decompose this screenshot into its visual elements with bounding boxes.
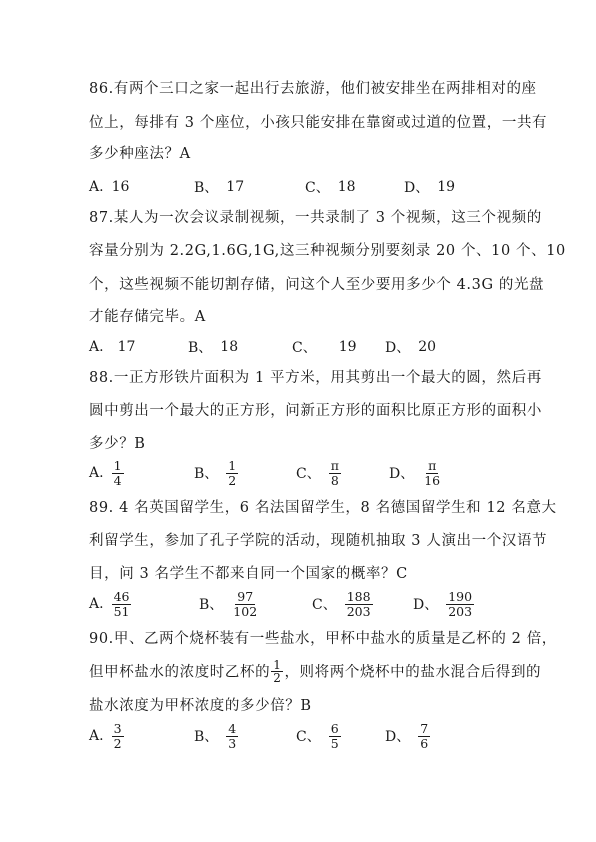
q87-option-a: A.17 <box>89 330 135 364</box>
q87-line-4: 才能存储完毕。A <box>89 308 206 326</box>
q87-option-b: B、18 <box>188 330 238 364</box>
q90-option-c: C、65 <box>296 719 341 753</box>
q86-option-d: D、19 <box>404 170 455 204</box>
q89-line-3: 目，问 3 名学生不都来自同一个国家的概率？C <box>89 565 408 583</box>
fraction: π16 <box>422 459 442 488</box>
document-page: 86.有两个三口之家一起出行去旅游，他们被安排坐在两排相对的座 位上，每排有 3… <box>0 0 596 842</box>
q89-option-b: B、97102 <box>199 587 259 621</box>
q88-option-a: A.14 <box>89 456 124 490</box>
q90-line-2: 但甲杯盐水的浓度时乙杯的12，则将两个烧杯中的盐水混合后得到的 <box>89 660 541 685</box>
q89-option-d: D、190203 <box>413 587 474 621</box>
fraction: 32 <box>112 722 124 751</box>
q87-option-d: D、20 <box>385 330 436 364</box>
q88-line-1: 88.一正方形铁片面积为 1 平方米，用其剪出一个最大的圆，然后再 <box>89 369 542 387</box>
q89-option-c: C、188203 <box>312 587 373 621</box>
q87-line-2: 容量分别为 2.2G,1.6G,1G,这三种视频分别要刻录 20 个、10 个、… <box>89 242 566 260</box>
q87-line-1: 87.某人为一次会议录制视频，一共录制了 3 个视频，这三个视频的 <box>89 209 542 227</box>
inline-fraction: 12 <box>271 659 283 684</box>
q90-line-1: 90.甲、乙两个烧杯装有一些盐水，甲杯中盐水的质量是乙杯的 2 倍， <box>89 630 557 648</box>
q88-option-b: B、12 <box>194 456 238 490</box>
q86-line-1: 86.有两个三口之家一起出行去旅游，他们被安排坐在两排相对的座 <box>89 80 537 98</box>
q87-line-3: 个，这些视频不能切割存储，问这个人至少要用多少个 4.3G 的光盘 <box>89 276 544 294</box>
q89-line-2: 利留学生，参加了孔子学院的活动，现随机抽取 3 人演出一个汉语节 <box>89 532 547 550</box>
q86-option-b: B、17 <box>194 170 244 204</box>
q88-line-2: 圆中剪出一个最大的正方形，问新正方形的面积比原正方形的面积小 <box>89 402 542 420</box>
q89-option-a: A.4651 <box>89 587 131 621</box>
q86-option-a: A.16 <box>89 170 129 204</box>
fraction: 4651 <box>112 590 132 619</box>
q88-line-3: 多少？B <box>89 435 146 453</box>
q87-option-c: C、19 <box>292 330 357 364</box>
q86-line-3: 多少种座法？A <box>89 145 191 163</box>
q90-line-3: 盐水浓度为甲杯浓度的多少倍？B <box>89 697 312 715</box>
fraction: 43 <box>226 722 238 751</box>
fraction: 14 <box>112 459 124 488</box>
q86-option-c: C、18 <box>305 170 356 204</box>
q90-option-b: B、43 <box>194 719 238 753</box>
fraction: 188203 <box>345 590 373 619</box>
fraction: 76 <box>418 722 430 751</box>
q88-option-c: C、π8 <box>296 456 341 490</box>
fraction: 65 <box>329 722 341 751</box>
fraction: 12 <box>226 459 238 488</box>
fraction: 190203 <box>446 590 474 619</box>
q86-line-2: 位上，每排有 3 个座位，小孩只能安排在靠窗或过道的位置，一共有 <box>89 114 547 132</box>
q89-line-1: 89. 4 名英国留学生，6 名法国留学生，8 名德国留学生和 12 名意大 <box>89 499 557 517</box>
q90-option-d: D、76 <box>385 719 430 753</box>
fraction: 97102 <box>231 590 259 619</box>
fraction: π8 <box>329 459 341 488</box>
q90-option-a: A.32 <box>89 719 124 753</box>
q88-option-d: D、π16 <box>389 456 442 490</box>
